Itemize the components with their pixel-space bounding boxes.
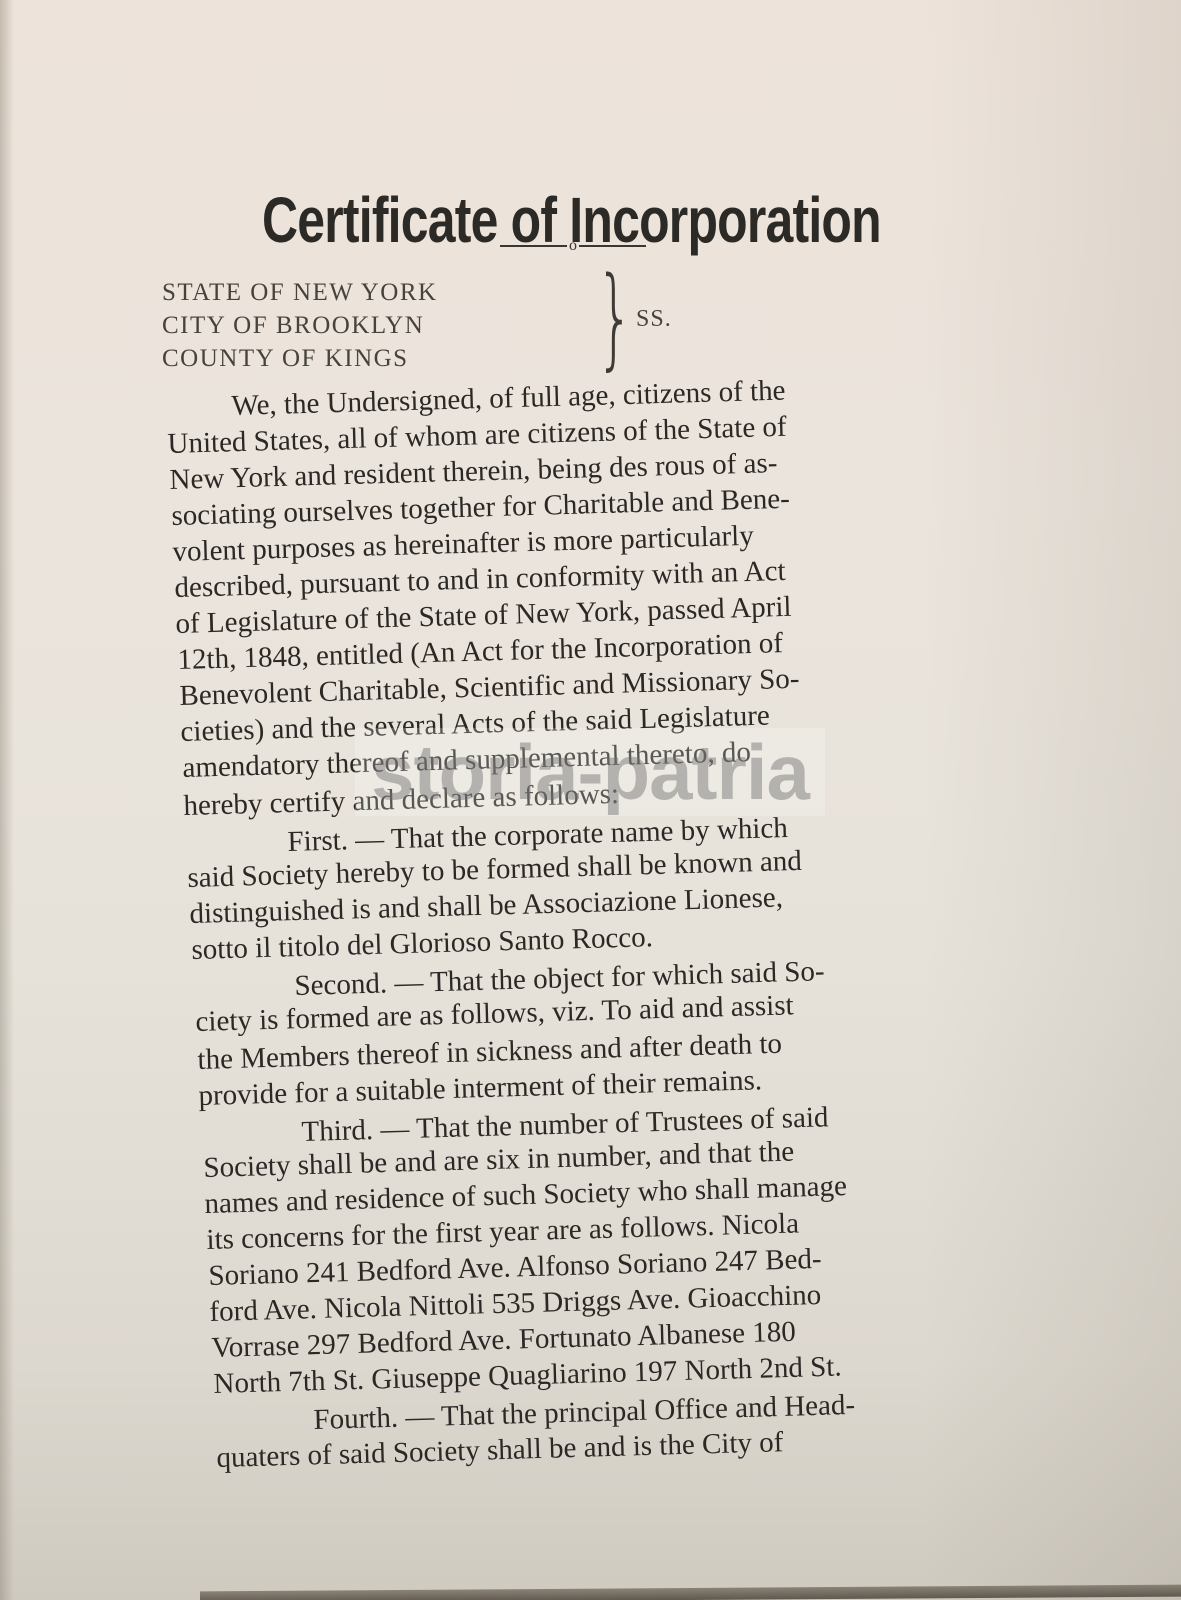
divider-circle: o — [567, 238, 579, 254]
venue-ss: SS. — [636, 306, 672, 333]
venue-state: STATE OF NEW YORK — [162, 276, 438, 309]
page-lighting-shade — [921, 0, 1181, 1600]
body-line: quaters of said Society shall be and is … — [216, 1426, 784, 1475]
venue-county: COUNTY OF KINGS — [162, 342, 438, 375]
venue-city: CITY OF BROOKLYN — [162, 309, 438, 342]
curly-brace-icon: } — [596, 262, 635, 372]
divider-line-left — [500, 245, 567, 247]
body-line: hereby certify and declare as follows: — [183, 778, 619, 823]
divider-line-right — [579, 245, 646, 247]
venue-block: STATE OF NEW YORK CITY OF BROOKLYN COUNT… — [162, 276, 438, 375]
page-gutter-shadow — [0, 0, 14, 1600]
page-bottom-edge — [200, 1585, 1181, 1600]
